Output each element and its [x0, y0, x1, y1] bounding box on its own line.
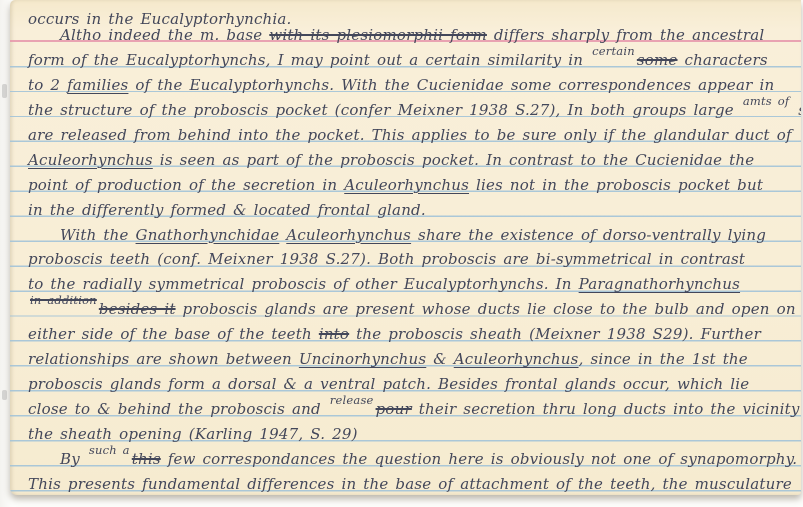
underlined-text: families [67, 76, 128, 94]
text-segment: form of the Eucalyptorhynchs, I may poin… [28, 51, 590, 69]
handwritten-line: the sheath opening (Karling 1947, S. 29) [28, 424, 795, 446]
underlined-text: Aculeorhynchus [344, 176, 469, 194]
text-segment: secretory [791, 101, 801, 119]
text-segment: are released from behind into the pocket… [28, 126, 792, 144]
strikethrough-text: besides it [99, 300, 176, 318]
handwritten-line: proboscis glands form a dorsal & a ventr… [28, 374, 795, 396]
scan-artifact [2, 390, 7, 400]
text-segment: either side of the base of the teeth [28, 325, 319, 343]
underlined-text: Uncinorhynchus [299, 350, 426, 368]
handwritten-line: proboscis teeth (conf. Meixner 1938 S.27… [28, 249, 795, 271]
text-segment: lies not in the proboscis pocket but [469, 176, 763, 194]
text-segment: This presents fundamental differences in… [28, 475, 792, 493]
text-segment: , since in the 1st the [579, 350, 748, 368]
text-segment: By [60, 450, 87, 468]
text-segment: point of production of the secretion in [28, 176, 344, 194]
text-segment: proboscis teeth (conf. Meixner 1938 S.27… [28, 250, 745, 268]
underlined-text: Aculeorhynchus [454, 350, 579, 368]
scan-artifact [2, 84, 7, 98]
text-segment: characters [678, 51, 768, 69]
handwritten-line: in additionbesides it proboscis glands a… [28, 299, 795, 321]
handwritten-line: are released from behind into the pocket… [28, 125, 795, 147]
inserted-text: such a [89, 440, 130, 460]
text-segment: to 2 [28, 76, 67, 94]
handwritten-line: By such athis few correspondances the qu… [28, 449, 795, 471]
inserted-text: amts of [743, 91, 790, 111]
handwritten-line: in the differently formed & located fron… [28, 200, 795, 222]
text-segment: their secretion thru long ducts into the… [412, 400, 801, 418]
text-segment: is seen as part of the proboscis pocket.… [153, 151, 755, 169]
text-segment: share the existence of dorso-ventrally l… [411, 226, 766, 244]
text-segment: the proboscis sheath (Meixner 1938 S29).… [349, 325, 761, 343]
handwritten-line: the structure of the proboscis pocket (c… [28, 100, 795, 122]
handwritten-line: Aculeorhynchus is seen as part of the pr… [28, 150, 795, 172]
text-segment: & [426, 350, 454, 368]
handwritten-line: relationships are shown between Uncinorh… [28, 349, 795, 371]
handwritten-line: to the radially symmetrical proboscis of… [28, 274, 795, 296]
index-card: occurs in the Eucalyptorhynchia.Altho in… [10, 0, 801, 495]
text-segment: Altho indeed the m. base [60, 26, 269, 44]
handwritten-line: form of the Eucalyptorhynchs, I may poin… [28, 50, 795, 72]
strikethrough-text: this [132, 450, 161, 468]
inserted-text: in addition [30, 290, 97, 310]
handwritten-line: either side of the base of the teeth int… [28, 324, 795, 346]
underlined-text: Paragnathorhynchus [579, 275, 740, 293]
underlined-text: Aculeorhynchus [28, 151, 153, 169]
underlined-text: Aculeorhynchus [286, 226, 411, 244]
strikethrough-text: some [637, 51, 678, 69]
text-segment: close to & behind the proboscis and [28, 400, 328, 418]
strikethrough-text: into [319, 325, 349, 343]
text-segment: the structure of the proboscis pocket (c… [28, 101, 741, 119]
text-segment: to the radially symmetrical proboscis of… [28, 275, 579, 293]
text-segment: With the [60, 226, 136, 244]
text-layer: occurs in the Eucalyptorhynchia.Altho in… [28, 0, 795, 495]
handwritten-line: close to & behind the proboscis and rele… [28, 399, 795, 421]
handwritten-line: to 2 families of the Eucalyptorhynchs. W… [28, 75, 795, 97]
inserted-text: release [330, 390, 374, 410]
handwritten-line: This presents fundamental differences in… [28, 474, 795, 495]
handwritten-line: point of production of the secretion in … [28, 175, 795, 197]
strikethrough-text: pour [376, 400, 412, 418]
text-segment: of the Eucalyptorhynchs. With the Cucien… [128, 76, 774, 94]
handwritten-line: With the Gnathorhynchidae Aculeorhynchus… [28, 225, 795, 247]
inserted-text: certain [592, 41, 635, 61]
text-segment: few correspondances the question here is… [161, 450, 798, 468]
text-segment: relationships are shown between [28, 350, 299, 368]
strikethrough-text: with its plesiomorphii form [269, 26, 487, 44]
text-segment: proboscis glands form a dorsal & a ventr… [28, 375, 749, 393]
text-segment: in the differently formed & located fron… [28, 201, 426, 219]
underlined-text: Gnathorhynchidae [136, 226, 280, 244]
text-segment: the sheath opening (Karling 1947, S. 29) [28, 425, 358, 443]
handwritten-line: Altho indeed the m. base with its plesio… [28, 25, 795, 47]
text-segment: proboscis glands are present whose ducts… [176, 300, 796, 318]
